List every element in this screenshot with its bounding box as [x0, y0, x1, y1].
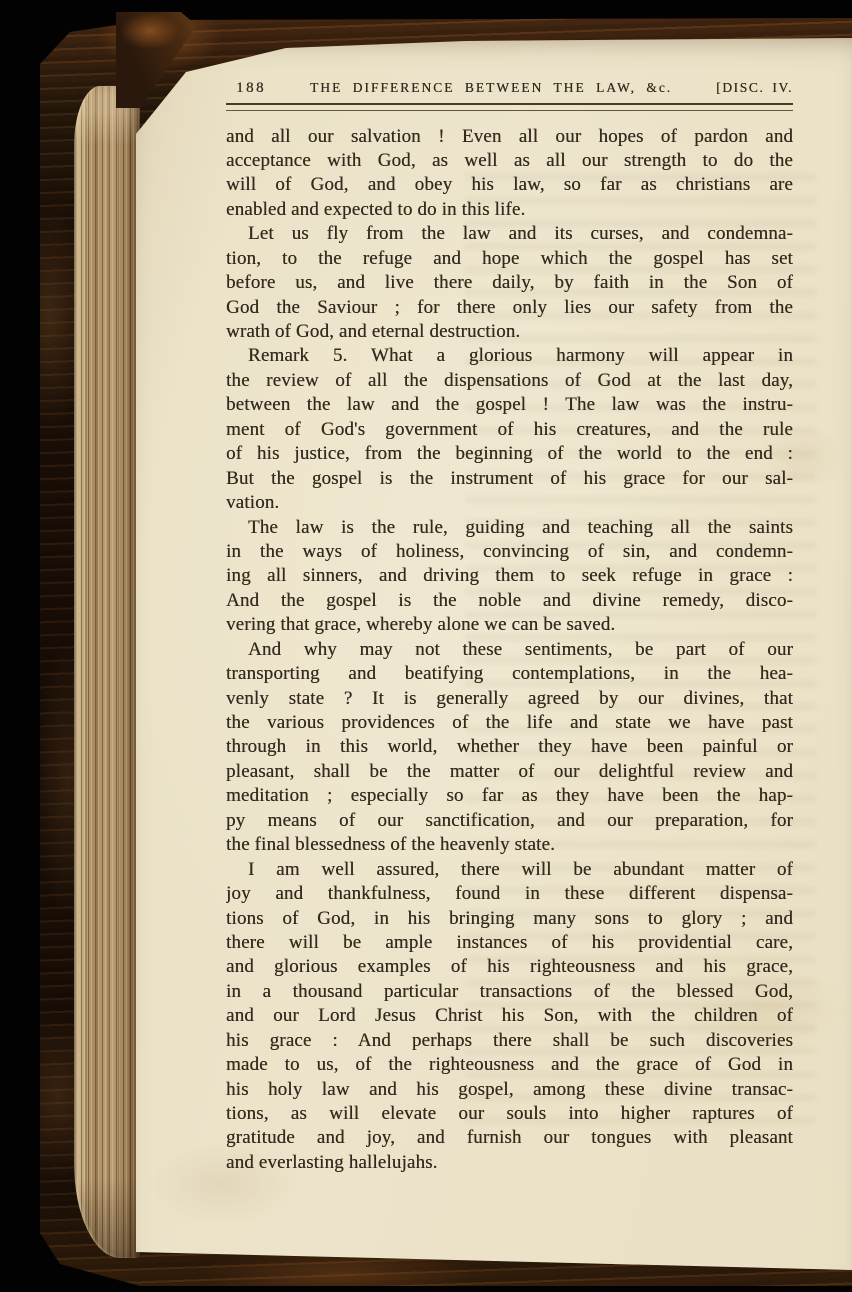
- text-line: tion, to the refuge and hope which the g…: [226, 247, 793, 271]
- text-line: before us, and live there daily, by fait…: [226, 271, 793, 295]
- running-title: THE DIFFERENCE BETWEEN THE LAW, &c.: [266, 80, 716, 96]
- book-page: 188 THE DIFFERENCE BETWEEN THE LAW, &c. …: [136, 38, 852, 1270]
- text-line: the review of all the dispensations of G…: [226, 369, 793, 393]
- text-line: Let us fly from the law and its curses, …: [226, 222, 793, 246]
- text-line: made to us, of the righteousness and the…: [226, 1053, 793, 1077]
- text-line: his grace : And perhaps there shall be s…: [226, 1029, 793, 1053]
- text-line: acceptance with God, as well as all our …: [226, 149, 793, 173]
- text-line: and all our salvation ! Even all our hop…: [226, 125, 793, 149]
- text-line: pleasant, shall be the matter of our del…: [226, 760, 793, 784]
- text-line: vation.: [226, 491, 793, 515]
- text-line: in the ways of holiness, convincing of s…: [226, 540, 793, 564]
- text-line: and everlasting hallelujahs.: [226, 1151, 793, 1175]
- text-line: between the law and the gospel ! The law…: [226, 393, 793, 417]
- text-line: and our Lord Jesus Christ his Son, with …: [226, 1004, 793, 1028]
- text-line: Remark 5. What a glorious harmony will a…: [226, 344, 793, 368]
- text-line: But the gospel is the instrument of his …: [226, 467, 793, 491]
- text-line: enabled and expected to do in this life.: [226, 198, 793, 222]
- text-line: the various providences of the life and …: [226, 711, 793, 735]
- text-line: The law is the rule, guiding and teachin…: [226, 516, 793, 540]
- text-line: meditation ; especially so far as they h…: [226, 784, 793, 808]
- printed-area: 188 THE DIFFERENCE BETWEEN THE LAW, &c. …: [226, 80, 793, 1175]
- page-number: 188: [226, 80, 266, 96]
- text-line: the final blessedness of the heavenly st…: [226, 833, 793, 857]
- text-line: will of God, and obey his law, so far as…: [226, 173, 793, 197]
- text-line: there will be ample instances of his pro…: [226, 931, 793, 955]
- text-line: tions of God, in his bringing many sons …: [226, 907, 793, 931]
- text-line: wrath of God, and eternal destruction.: [226, 320, 793, 344]
- text-line: vering that grace, whereby alone we can …: [226, 613, 793, 637]
- text-line: of his justice, from the beginning of th…: [226, 442, 793, 466]
- text-line: in a thousand particular transactions of…: [226, 980, 793, 1004]
- text-line: And why may not these sentiments, be par…: [226, 638, 793, 662]
- text-line: transporting and beatifying contemplatio…: [226, 662, 793, 686]
- running-header: 188 THE DIFFERENCE BETWEEN THE LAW, &c. …: [226, 80, 793, 96]
- text-line: tions, as will elevate our souls into hi…: [226, 1102, 793, 1126]
- text-line: through in this world, whether they have…: [226, 735, 793, 759]
- text-line: py means of our sanctification, and our …: [226, 809, 793, 833]
- header-double-rule: [226, 103, 793, 111]
- page-body: and all our salvation ! Even all our hop…: [226, 125, 793, 1176]
- text-line: venly state ? It is generally agreed by …: [226, 687, 793, 711]
- text-line: God the Saviour ; for there only lies ou…: [226, 296, 793, 320]
- text-line: joy and thankfulness, found in these dif…: [226, 882, 793, 906]
- text-line: gratitude and joy, and furnish our tongu…: [226, 1126, 793, 1150]
- text-line: ing all sinners, and driving them to see…: [226, 564, 793, 588]
- text-line: his holy law and his gospel, among these…: [226, 1078, 793, 1102]
- page-edge-stack: [74, 86, 140, 1258]
- text-line: And the gospel is the noble and divine r…: [226, 589, 793, 613]
- text-line: I am well assured, there will be abundan…: [226, 858, 793, 882]
- book-scan-photo: 188 THE DIFFERENCE BETWEEN THE LAW, &c. …: [0, 0, 852, 1292]
- text-line: and glorious examples of his righteousne…: [226, 955, 793, 979]
- text-line: ment of God's government of his creature…: [226, 418, 793, 442]
- discourse-label: [DISC. IV.: [716, 80, 793, 96]
